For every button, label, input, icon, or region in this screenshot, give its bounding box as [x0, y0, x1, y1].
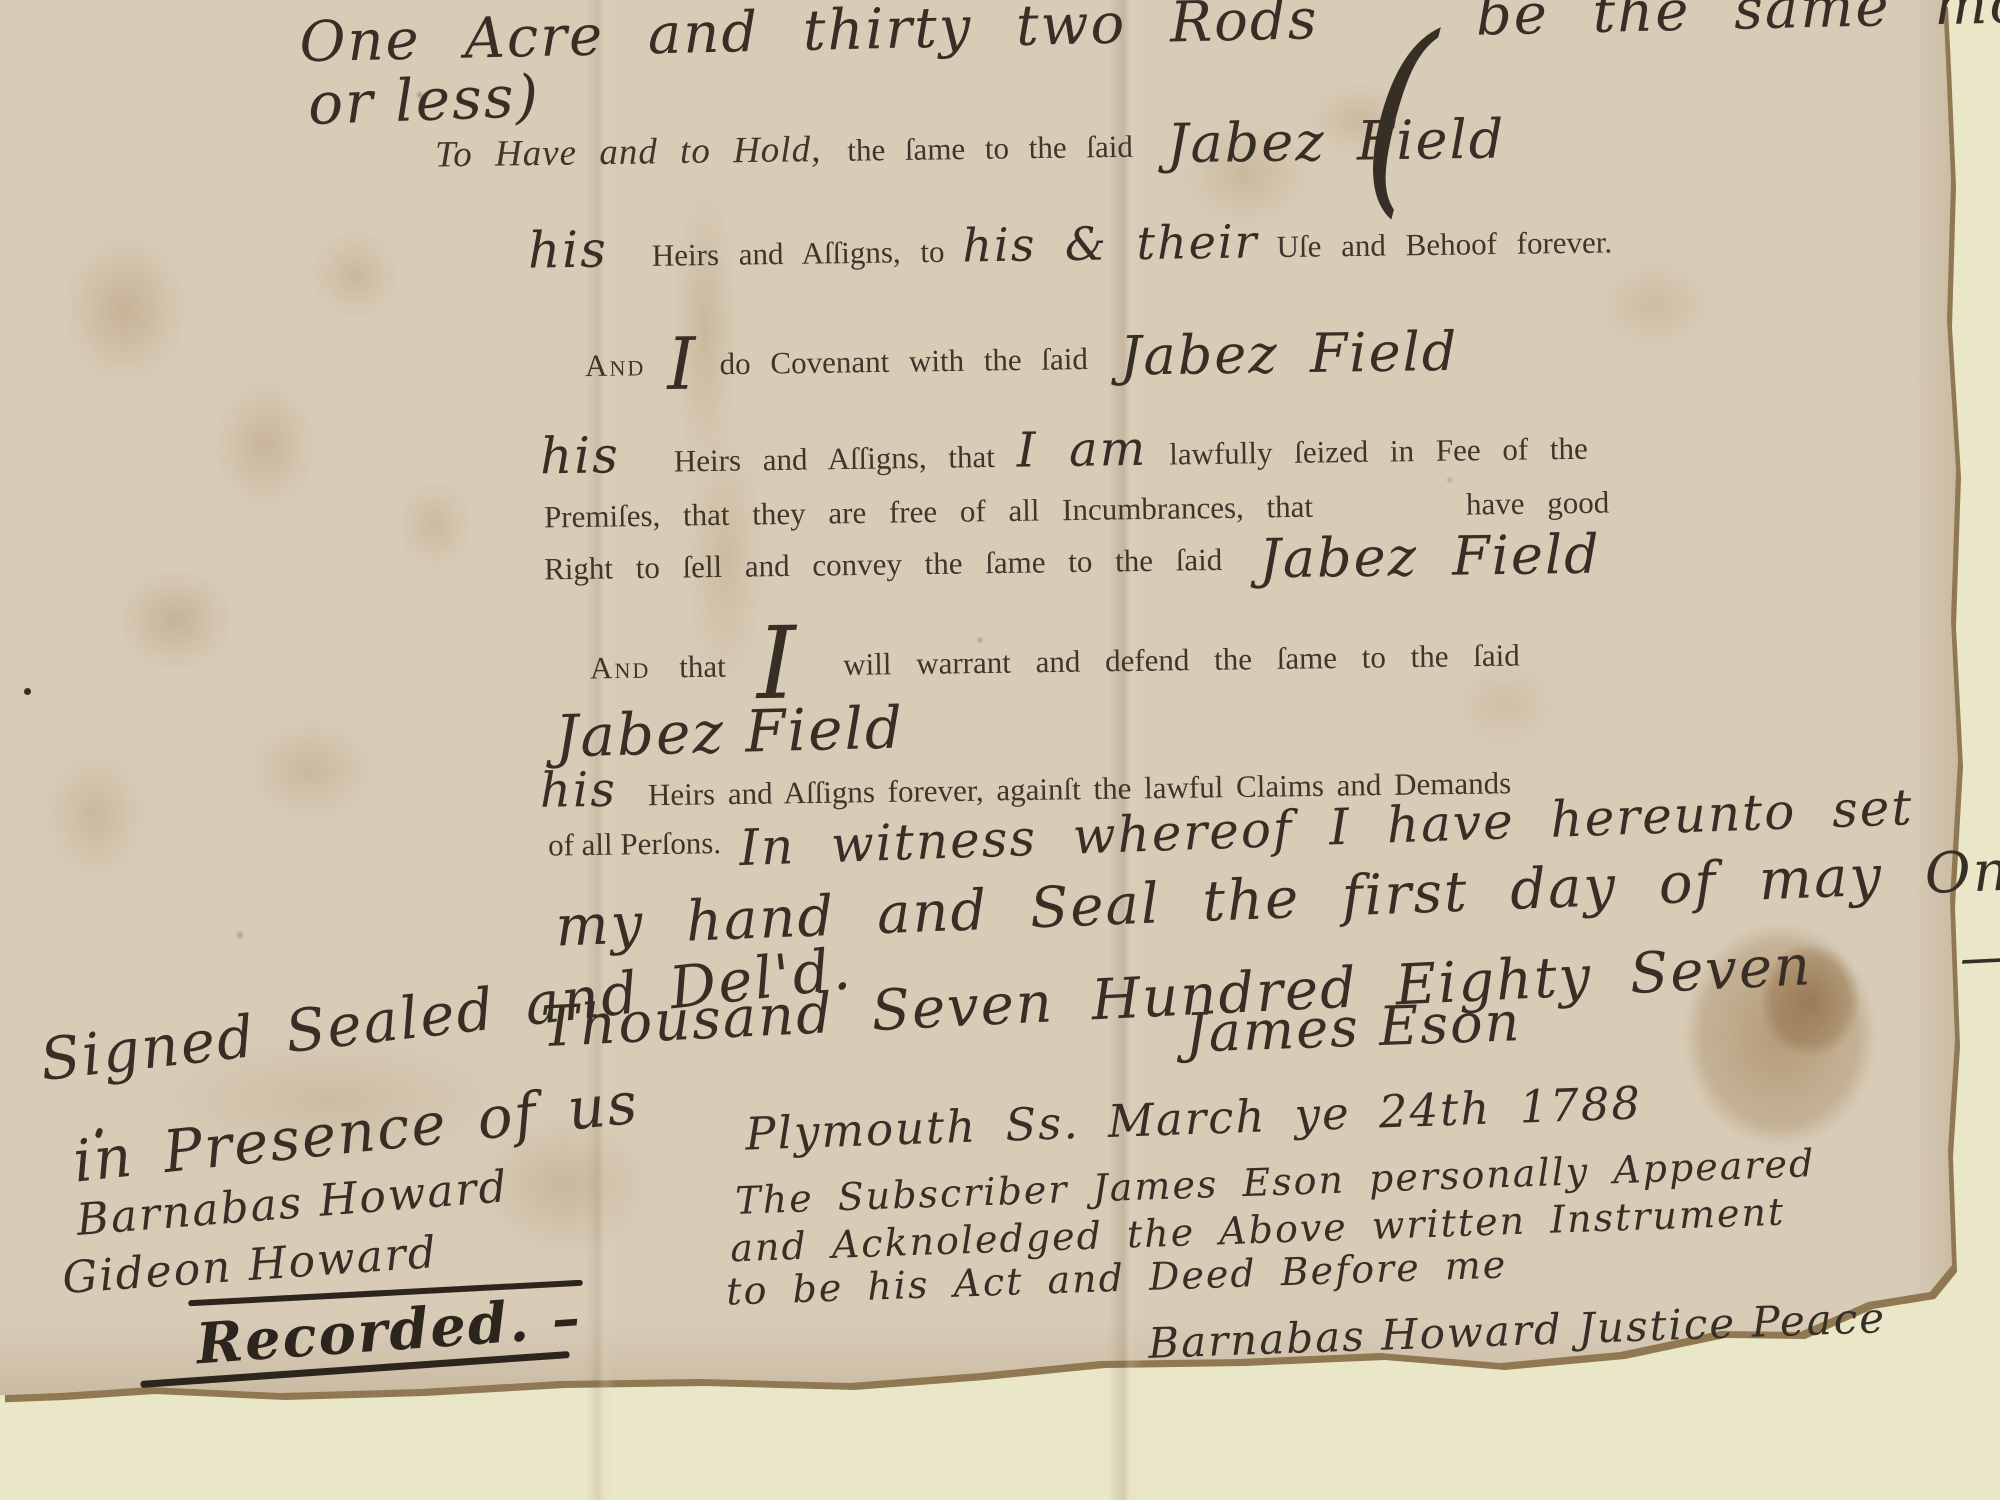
printed-segment: the ſame to the ſaid: [847, 129, 1133, 168]
handwritten-segment: his: [528, 220, 609, 279]
printed-segment: Heirs and Aſſigns, that: [674, 439, 995, 478]
handwritten-segment: or less): [307, 62, 541, 138]
terminal-dashes: — —: [1958, 917, 2000, 991]
printed-segment: of all Perſons.: [548, 825, 722, 862]
printed-segment: And: [585, 347, 646, 383]
blank-space-for-name: [1332, 515, 1447, 517]
handwritten-segment: his & their: [962, 214, 1259, 272]
handwritten-segment: James Eson: [1184, 990, 1522, 1065]
handwritten-segment: be the same more: [1475, 0, 2000, 49]
opening-line-2: or less): [307, 62, 541, 138]
printed-segment: And: [590, 650, 651, 686]
ink-dot: [24, 688, 31, 695]
printed-segment: To Have and to Hold,: [435, 129, 822, 175]
handwritten-segment: In witness whereof I have hereunto set: [739, 807, 1913, 848]
grantor-signature: James Eson: [1184, 990, 1522, 1065]
printed-segment: Heirs and Aſſigns, to: [652, 234, 945, 273]
printed-segment: lawfully ſeized in Fee of the: [1169, 431, 1588, 472]
printed-segment: do Covenant with the ſaid: [719, 341, 1088, 381]
printed-segment: Uſe and Behoof forever.: [1276, 224, 1612, 264]
deed-document-photo: One Acre and thirty two Rods ( be the sa…: [0, 0, 2000, 1500]
grantee-name-handwritten: Jabez Field: [1119, 320, 1458, 388]
handwritten-segment: his: [540, 426, 621, 485]
handwritten-segment: I: [667, 322, 699, 406]
handwritten-segment: his: [540, 762, 618, 819]
grantee-name-handwritten: Jabez Field: [1166, 108, 1505, 176]
grantee-name-handwritten: Jabez Field: [1259, 523, 1601, 591]
warranty-grantee-line: Jabez Field: [554, 693, 905, 770]
grantee-name-handwritten: Jabez Field: [554, 693, 905, 770]
printed-segment: have good: [1466, 485, 1610, 522]
printed-segment: that: [679, 649, 726, 685]
handwritten-segment: I am: [1016, 421, 1147, 479]
